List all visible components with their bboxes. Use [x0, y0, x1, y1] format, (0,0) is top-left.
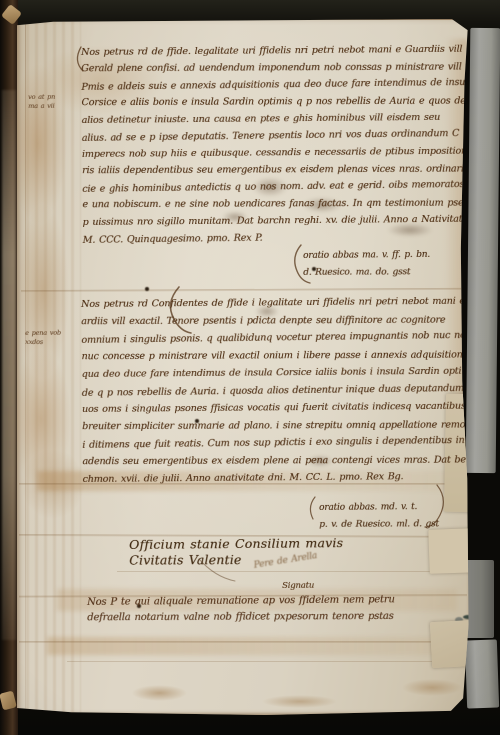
next-page-edge-bottom [465, 639, 499, 708]
page-edges-gutter [2, 90, 16, 640]
manuscript-text-line: p. v. de Ruesico. ml. d. gst [319, 519, 439, 536]
margin-note-1: vo at pnma a vii [28, 93, 55, 110]
manuscript-text-line: chmon. xvii. die julii. Anno anativitate… [83, 471, 467, 492]
manuscript-text-line: e una nobiscum. e ne sine nob uendicares… [82, 197, 466, 216]
signature-note-2: oratio abbas. md. v. t.p. v. de Ruesico.… [319, 502, 439, 536]
flourish-signature2 [310, 497, 315, 519]
manuscript-text-line: e pena vob [25, 329, 61, 338]
manuscript-text-line: Officium stanie Consilium mavis [129, 535, 343, 552]
manuscript-text-line: xxdos [25, 337, 61, 346]
next-page-edge [466, 28, 500, 473]
manuscript-text-line: Nos petrus rd Confidentes de ffide i leg… [81, 296, 465, 317]
manuscript-text-line: nuc concesse p ministrare vill exactil o… [81, 349, 465, 368]
manuscript-photo: vo at pnma a vii Nos petrus rd de ffide.… [0, 0, 500, 735]
manuscript-page: vo at pnma a vii Nos petrus rd de ffide.… [17, 19, 469, 715]
manuscript-text-line: oratio abbas. md. v. t. [319, 502, 439, 520]
signature-note-1: oratio abbas ma. v. ff. p. bn.d. Ruesico… [303, 250, 430, 284]
manuscript-text-line: vo at pn [28, 93, 55, 102]
manuscript-text-line: Corsice e aliis bonis e insula Sardin op… [81, 95, 465, 114]
signum-label: Signatu [282, 581, 314, 591]
paragraph-1: Nos petrus rd de ffide. legalitate uri f… [81, 44, 467, 251]
manuscript-text-line: d. Ruesico. ma. do. gsst [303, 267, 430, 284]
margin-note-2: e pena vobxxdos [25, 329, 61, 346]
paragraph-3: Nos P te qui aliquale remunatione ap vos… [87, 594, 439, 629]
manuscript-text-line: oratio abbas ma. v. ff. p. bn. [303, 250, 430, 268]
manuscript-text-line: defraella notarium valne nob ffidicet px… [87, 611, 439, 629]
paragraph-2: Nos petrus rd Confidentes de ffide i leg… [81, 296, 467, 492]
manuscript-text-line: adendis seu emergentibus ex eisdem plene… [82, 454, 466, 473]
manuscript-text-line: ma a vii [28, 101, 55, 110]
